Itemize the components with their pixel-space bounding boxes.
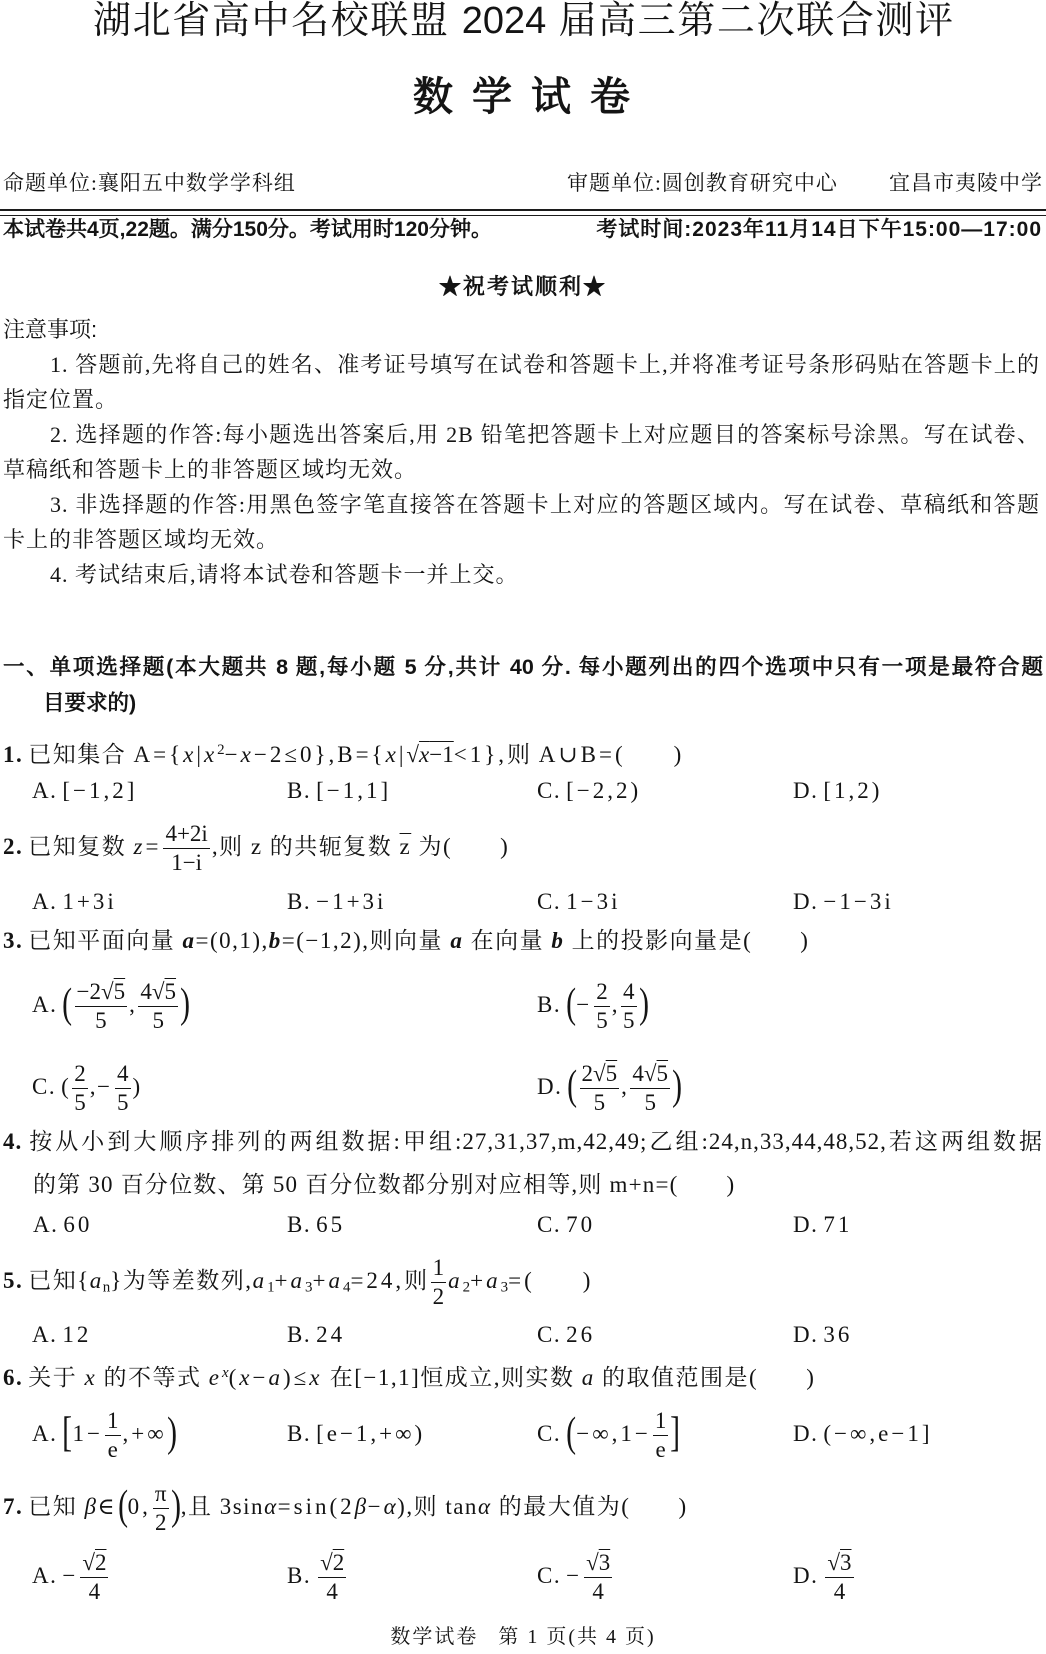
- option-label: A.: [33, 1212, 58, 1237]
- fraction: 2√55: [580, 1061, 620, 1117]
- numerator: 4+2i: [163, 821, 209, 849]
- question-number: 4.: [3, 1129, 22, 1154]
- option-label: C.: [537, 1563, 561, 1588]
- numerator: 2: [594, 979, 610, 1007]
- option-value: [e−1,+∞): [316, 1421, 425, 1446]
- math-op: +: [470, 1268, 486, 1293]
- reviewer-school: 宜昌市夷陵中学: [889, 168, 1043, 198]
- denominator: 5: [592, 1089, 608, 1116]
- fraction: π2: [153, 1481, 169, 1537]
- option-a: A.−√24: [32, 1561, 110, 1591]
- coefficient: −2: [77, 979, 101, 1004]
- denominator: 5: [115, 1089, 131, 1116]
- option-label: A.: [32, 1563, 57, 1588]
- stem-text: ): [727, 1172, 736, 1197]
- math-expression: A={x|x2−x−2≤0},B={x|√x−1<1},: [134, 742, 508, 767]
- math-var: a: [486, 1268, 501, 1293]
- radicand: x−1: [419, 742, 454, 767]
- math-text: =sin(2: [278, 1494, 355, 1519]
- option-d: D.36: [793, 1320, 852, 1350]
- stem-text: 已知{: [28, 1268, 90, 1293]
- fraction: 4√55: [138, 979, 178, 1035]
- stem-text: ): [674, 742, 683, 767]
- math-text: −: [225, 742, 241, 767]
- option-value: [−2,2): [566, 778, 641, 803]
- option-value: 65: [316, 1212, 345, 1237]
- blessing-banner: ★祝考试顺利★: [0, 272, 1046, 302]
- math-op: −: [368, 1494, 384, 1519]
- math-var: e: [209, 1365, 222, 1390]
- math-text: =24,: [350, 1268, 404, 1293]
- option-b: B.[e−1,+∞): [287, 1419, 425, 1449]
- option-label: C.: [537, 778, 561, 803]
- option-c: C.70: [537, 1210, 595, 1240]
- question-number: 5.: [3, 1268, 23, 1293]
- math-text: <1},: [454, 742, 507, 767]
- question-number: 7.: [3, 1494, 23, 1519]
- radicand: 5: [114, 979, 126, 1004]
- math-var: x: [204, 742, 217, 767]
- superscript: x: [222, 1365, 229, 1381]
- stem-text: ): [800, 928, 809, 953]
- radicand: 2: [333, 1550, 345, 1575]
- minus-sign: −: [566, 1563, 582, 1588]
- option-value: 26: [566, 1322, 595, 1347]
- option-value: −1−3i: [823, 889, 893, 914]
- numerator: 1: [653, 1408, 669, 1436]
- option-a: A.(−2√55,4√55): [32, 990, 190, 1020]
- option-c: C.−√34: [537, 1561, 614, 1591]
- option-b: B.65: [287, 1210, 345, 1240]
- option-label: C.: [537, 1212, 561, 1237]
- math-var: a: [90, 1268, 103, 1293]
- option-label: A.: [32, 1421, 57, 1446]
- math-text: 1−: [73, 1421, 103, 1446]
- math-var: x: [241, 742, 254, 767]
- exam-page: 湖北省高中名校联盟 2024 届高三第二次联合测评 数学试卷 命题单位:襄阳五中…: [0, 0, 1046, 1654]
- question-number: 2.: [3, 834, 23, 859]
- minus-sign: −: [576, 992, 592, 1017]
- section-heading-continued: 目要求的): [43, 688, 136, 718]
- option-value: 24: [316, 1322, 345, 1347]
- separator: ,: [90, 1074, 97, 1099]
- option-value: 70: [566, 1212, 595, 1237]
- stem-text: 则: [404, 1268, 429, 1293]
- denominator: 4: [832, 1578, 848, 1605]
- option-c: C.[−2,2): [537, 776, 641, 806]
- denominator: 5: [621, 1007, 637, 1034]
- stem-text: =(0,1),: [196, 928, 269, 953]
- vector-b: b: [269, 928, 282, 953]
- radicand: 5: [606, 1061, 618, 1086]
- math-text: |: [196, 742, 204, 767]
- fraction: 45: [115, 1061, 131, 1117]
- vector-b: b: [551, 928, 564, 953]
- numerator: −2√5: [75, 979, 128, 1007]
- sqrt-sign: √: [101, 979, 114, 1004]
- math-var: β: [355, 1494, 368, 1519]
- numerator: √2: [80, 1550, 108, 1578]
- sqrt-sign: √: [586, 1550, 599, 1575]
- option-label: D.: [793, 1421, 818, 1446]
- sqrt-sign: √: [644, 1061, 657, 1086]
- fraction: 1e: [105, 1408, 121, 1464]
- fraction: 25: [594, 979, 610, 1035]
- math-var: x: [419, 742, 429, 767]
- coefficient: 2: [582, 1061, 594, 1086]
- option-label: C.: [32, 1074, 56, 1099]
- fraction: √34: [584, 1550, 612, 1606]
- math-var: a: [253, 1268, 268, 1293]
- stem-text: 已知集合: [28, 742, 133, 767]
- option-label: D.: [793, 1563, 818, 1588]
- option-value: 36: [823, 1322, 852, 1347]
- option-label: D.: [793, 778, 818, 803]
- option-a: A.[1−1e,+∞): [32, 1419, 177, 1449]
- numerator: π: [153, 1481, 169, 1509]
- option-a: A.[−1,2]: [32, 776, 137, 806]
- option-value: 1−3i: [566, 889, 620, 914]
- denominator: 5: [594, 1007, 610, 1034]
- option-label: B.: [537, 992, 561, 1017]
- subscript: 1: [267, 1280, 274, 1296]
- numerator: 2: [72, 1061, 88, 1089]
- option-value: [−1,1]: [316, 778, 391, 803]
- option-value: 71: [823, 1212, 852, 1237]
- stem-text: 的第 30 百分位数、第 50 百分位数都分别对应相等,则 m+n=(: [33, 1172, 679, 1197]
- stem-text: 的最大值为(: [492, 1494, 631, 1519]
- vector-a: a: [450, 928, 463, 953]
- footer-page-number: 第 1 页(共 4 页): [498, 1626, 655, 1648]
- denominator: 1−i: [169, 849, 204, 876]
- math-var: α: [478, 1494, 492, 1519]
- stem-text: 的不等式: [96, 1365, 209, 1390]
- question-3-stem: 3.已知平面向量 a=(0,1),b=(−1,2),则向量 a 在向量 b 上的…: [3, 926, 809, 956]
- fraction: 4+2i1−i: [163, 821, 209, 877]
- option-a: A.60: [33, 1210, 92, 1240]
- option-label: C.: [537, 1322, 561, 1347]
- math-text: (: [229, 1365, 240, 1390]
- math-text: 0,: [128, 1494, 151, 1519]
- stem-text: ): [806, 1365, 815, 1390]
- fraction: √24: [318, 1550, 346, 1606]
- option-d: D.−1−3i: [793, 887, 894, 917]
- option-value: −1+3i: [316, 889, 386, 914]
- math-var: α: [264, 1494, 278, 1519]
- fraction: 25: [72, 1061, 88, 1117]
- option-c: C.1−3i: [537, 887, 620, 917]
- option-c: C.26: [537, 1320, 595, 1350]
- math-expression: ex(x−a)≤x: [209, 1365, 323, 1390]
- option-b: B.24: [287, 1320, 345, 1350]
- option-label: A.: [32, 778, 57, 803]
- option-label: D.: [537, 1074, 562, 1099]
- math-text: A∪B=(: [539, 742, 626, 767]
- math-text: −∞,1−: [576, 1421, 651, 1446]
- option-d: D.√34: [793, 1561, 856, 1591]
- option-d: D.(−∞,e−1]: [793, 1419, 933, 1449]
- separator: ,: [129, 992, 136, 1017]
- option-label: C.: [537, 889, 561, 914]
- math-text: ),: [397, 1494, 413, 1519]
- right-paren: ): [133, 1074, 142, 1099]
- sqrt-sign: √: [320, 1550, 333, 1575]
- stem-text: ): [583, 1268, 592, 1293]
- question-5-stem: 5.已知{an}为等差数列,a1+a3+a4=24,则12a2+a3=(): [3, 1266, 592, 1296]
- page-footer: 数学试卷第 1 页(共 4 页): [0, 1622, 1046, 1652]
- math-op: +: [312, 1268, 328, 1293]
- note-line: 指定位置。: [3, 385, 118, 415]
- math-op: ∈: [97, 1494, 117, 1519]
- radicand: 3: [840, 1550, 852, 1575]
- stem-text: 已知复数: [28, 834, 133, 859]
- sqrt-sign: √: [82, 1550, 95, 1575]
- stem-text: 上的投影向量是(: [564, 928, 752, 953]
- math-var: α: [384, 1494, 398, 1519]
- fraction: 45: [621, 979, 637, 1035]
- option-c: C.(−∞,1−1e]: [537, 1419, 681, 1449]
- radicand: 2: [95, 1550, 107, 1575]
- option-label: D.: [793, 1322, 818, 1347]
- fraction: √34: [825, 1550, 853, 1606]
- fraction: √24: [80, 1550, 108, 1606]
- question-number: 3.: [3, 928, 23, 953]
- option-b: B.√24: [287, 1561, 348, 1591]
- math-var: x: [309, 1365, 322, 1390]
- denominator: 5: [150, 1007, 166, 1034]
- proposer-unit: 命题单位:襄阳五中数学学科组: [3, 168, 296, 198]
- stem-text: =(−1,2),则向量: [282, 928, 451, 953]
- radicand: 3: [599, 1550, 611, 1575]
- minus-sign: −: [62, 1563, 78, 1588]
- exam-time: 考试时间:2023年11月14日下午15:00—17:00: [596, 215, 1042, 245]
- conjugate-z: z: [400, 834, 412, 859]
- denominator: e: [654, 1436, 668, 1463]
- separator: ,: [612, 992, 619, 1017]
- stem-text: 已知平面向量: [28, 928, 182, 953]
- numerator: 2√5: [580, 1061, 620, 1089]
- stem-text: ): [500, 834, 509, 859]
- notes-title: 注意事项:: [3, 315, 97, 345]
- math-var: x: [222, 1365, 229, 1381]
- math-var: x: [239, 1365, 252, 1390]
- option-label: A.: [32, 889, 57, 914]
- math-var: x: [386, 742, 399, 767]
- stem-text: 为(: [411, 834, 452, 859]
- sqrt-sign: √: [827, 1550, 840, 1575]
- option-label: D.: [793, 1212, 818, 1237]
- question-7-stem: 7.已知 β∈(0,π2),且 3sinα=sin(2β−α),则 tanα 的…: [3, 1492, 688, 1522]
- math-var: z: [134, 834, 146, 859]
- fraction: −2√55: [75, 979, 128, 1035]
- stem-text: 按从小到大顺序排列的两组数据:甲组:27,31,37,m,42,49;乙组:24…: [27, 1129, 1043, 1154]
- exam-title: 湖北省高中名校联盟 2024 届高三第二次联合测评: [93, 0, 953, 42]
- fraction: 4√55: [630, 1061, 670, 1117]
- option-d: D.(2√55,4√55): [537, 1072, 682, 1102]
- exam-summary: 本试卷共4页,22题。满分150分。考试用时120分钟。: [3, 215, 492, 245]
- option-b: B.[−1,1]: [287, 776, 391, 806]
- numerator: √3: [825, 1550, 853, 1578]
- stem-text: 在[−1,1]恒成立,则实数: [322, 1365, 581, 1390]
- numerator: 1: [105, 1408, 121, 1436]
- separator: ,: [621, 1074, 628, 1099]
- math-text: −1: [429, 742, 453, 767]
- numerator: 4√5: [630, 1061, 670, 1089]
- option-b: B.(−25,45): [537, 990, 649, 1020]
- option-label: B.: [287, 1421, 311, 1446]
- subscript: 3: [501, 1280, 508, 1296]
- denominator: 5: [642, 1089, 658, 1116]
- stem-text: 则 tan: [414, 1494, 478, 1519]
- question-4-stem-line2: 的第 30 百分位数、第 50 百分位数都分别对应相等,则 m+n=(): [33, 1170, 735, 1200]
- numerator: √2: [318, 1550, 346, 1578]
- math-text: −2≤0},B={: [254, 742, 386, 767]
- math-var: β: [85, 1494, 98, 1519]
- option-c: C.(25,−45): [32, 1072, 142, 1102]
- sqrt-sign: √: [593, 1061, 606, 1086]
- question-1-stem: 1.已知集合 A={x|x2−x−2≤0},B={x|√x−1<1},则 A∪B…: [3, 740, 683, 770]
- math-var: a: [328, 1268, 343, 1293]
- math-text: =(: [508, 1268, 535, 1293]
- denominator: 5: [93, 1007, 109, 1034]
- question-6-stem: 6.关于 x 的不等式 ex(x−a)≤x 在[−1,1]恒成立,则实数 a 的…: [3, 1363, 815, 1393]
- stem-text: ): [678, 1494, 687, 1519]
- radicand: 5: [657, 1061, 669, 1086]
- sqrt-sign: √: [152, 979, 165, 1004]
- math-text: ,+∞: [123, 1421, 167, 1446]
- denominator: 5: [72, 1089, 88, 1116]
- numerator: 4√5: [138, 979, 178, 1007]
- note-line: 2. 选择题的作答:每小题选出答案后,用 2B 铅笔把答题卡上对应题目的答案标号…: [50, 420, 1040, 450]
- sqrt-sign: √: [406, 742, 419, 767]
- option-label: B.: [287, 889, 311, 914]
- option-value: 1+3i: [62, 889, 116, 914]
- option-value: [1,2): [823, 778, 882, 803]
- option-label: B.: [287, 778, 311, 803]
- option-value: 60: [63, 1212, 92, 1237]
- stem-text: 则: [507, 742, 539, 767]
- question-2-stem: 2.已知复数 z=4+2i1−i,则 z 的共轭复数 z 为(): [3, 832, 509, 862]
- option-label: B.: [287, 1322, 311, 1347]
- option-a: A.12: [32, 1320, 91, 1350]
- math-text: )≤: [283, 1365, 309, 1390]
- superscript: 2: [217, 742, 224, 758]
- section-heading: 一、单项选择题(本大题共 8 题,每小题 5 分,共计 40 分. 每小题列出的…: [3, 652, 1043, 682]
- option-label: A.: [32, 992, 57, 1017]
- math-var: x: [183, 742, 196, 767]
- denominator: 4: [590, 1578, 606, 1605]
- option-value: 12: [62, 1322, 91, 1347]
- math-var: a: [582, 1365, 595, 1390]
- denominator: 4: [324, 1578, 340, 1605]
- footer-subject: 数学试卷: [390, 1626, 478, 1648]
- option-d: D.[1,2): [793, 776, 882, 806]
- stem-text: 的取值范围是(: [595, 1365, 758, 1390]
- radicand: 5: [165, 979, 177, 1004]
- stem-text: 关于: [28, 1365, 84, 1390]
- math-op: +: [275, 1268, 291, 1293]
- math-op: −: [252, 1365, 268, 1390]
- math-var: a: [291, 1268, 306, 1293]
- stem-text: ,且 3sin: [181, 1494, 264, 1519]
- math-expression: a1+a3+a4=24,: [253, 1268, 405, 1293]
- stem-text: 已知: [28, 1494, 84, 1519]
- stem-text: ,则 z 的共轭复数: [212, 834, 400, 859]
- option-value: (−∞,e−1]: [823, 1421, 932, 1446]
- question-4-stem-line1: 4.按从小到大顺序排列的两组数据:甲组:27,31,37,m,42,49;乙组:…: [3, 1127, 1043, 1157]
- option-label: B.: [287, 1212, 311, 1237]
- note-line: 4. 考试结束后,请将本试卷和答题卡一并上交。: [50, 560, 519, 590]
- minus-sign: −: [97, 1074, 113, 1099]
- option-label: D.: [793, 889, 818, 914]
- denominator: e: [106, 1436, 120, 1463]
- option-b: B.−1+3i: [287, 887, 386, 917]
- header-rule-thick: [0, 209, 1046, 211]
- option-label: B.: [287, 1563, 311, 1588]
- question-number: 6.: [3, 1365, 23, 1390]
- fraction: 12: [431, 1255, 447, 1311]
- coefficient: 4: [140, 979, 152, 1004]
- numerator: √3: [584, 1550, 612, 1578]
- option-label: C.: [537, 1421, 561, 1446]
- math-var: a: [448, 1268, 463, 1293]
- vector-a: a: [183, 928, 196, 953]
- note-line: 3. 非选择题的作答:用黑色签字笔直接答在答题卡上对应的答题区域内。写在试卷、草…: [50, 490, 1040, 520]
- math-expression: a2+a3=(: [448, 1268, 535, 1293]
- math-text: A={: [134, 742, 184, 767]
- denominator: 4: [87, 1578, 103, 1605]
- fraction: 1e: [653, 1408, 669, 1464]
- option-label: A.: [32, 1322, 57, 1347]
- note-line: 卡上的非答题区域均无效。: [3, 525, 279, 555]
- math-op: =: [145, 834, 161, 859]
- option-a: A.1+3i: [32, 887, 117, 917]
- math-var: a: [268, 1365, 283, 1390]
- stem-text: }为等差数列,: [110, 1268, 252, 1293]
- denominator: 2: [153, 1509, 169, 1536]
- reviewer-unit: 审题单位:圆创教育研究中心: [567, 168, 838, 198]
- stem-text: 在向量: [463, 928, 551, 953]
- denominator: 2: [431, 1283, 447, 1310]
- numerator: 4: [115, 1061, 131, 1089]
- note-line: 1. 答题前,先将自己的姓名、准考证号填写在试卷和答题卡上,并将准考证号条形码贴…: [50, 350, 1040, 380]
- exam-subtitle: 数学试卷: [413, 74, 630, 120]
- option-d: D.71: [793, 1210, 852, 1240]
- left-paren: (: [61, 1074, 70, 1099]
- option-value: [−1,2]: [62, 778, 137, 803]
- question-number: 1.: [3, 742, 23, 767]
- math-var: x: [85, 1365, 97, 1390]
- numerator: 4: [621, 979, 637, 1007]
- coefficient: 4: [632, 1061, 644, 1086]
- numerator: 1: [431, 1255, 447, 1283]
- note-line: 草稿纸和答题卡上的非答题区域均无效。: [3, 455, 417, 485]
